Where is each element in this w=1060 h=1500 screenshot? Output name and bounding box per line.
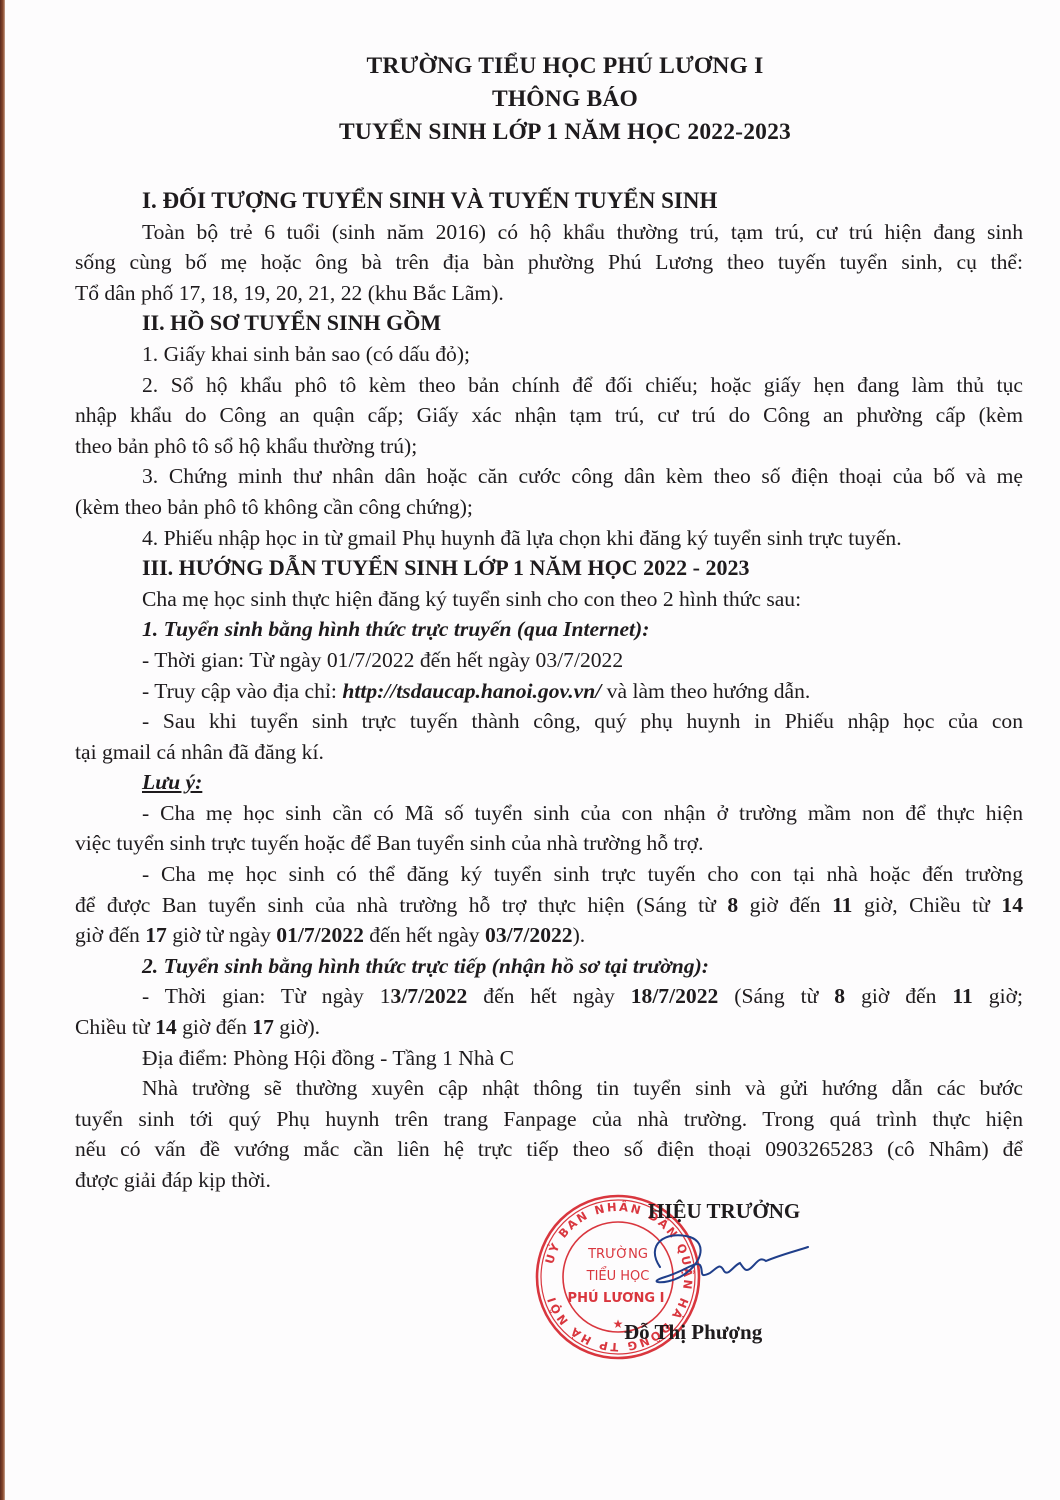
section-2-heading: II. HỒ SƠ TUYỂN SINH GỒM — [75, 308, 1023, 339]
method-1-title: 1. Tuyển sinh bằng hình thức trực truyến… — [75, 614, 1023, 645]
document-body: I. ĐỐI TƯỢNG TUYỂN SINH VÀ TUYẾN TUYỂN S… — [75, 186, 1023, 1196]
signer-name: Đỗ Thị Phượng — [624, 1320, 762, 1345]
section-1-line: Toàn bộ trẻ 6 tuổi (sinh năm 2016) có hộ… — [75, 217, 1023, 248]
method-1-after-cont: tại gmail cá nhân đã đăng kí. — [75, 737, 1023, 768]
svg-text:★: ★ — [613, 1317, 624, 1331]
document-type: THÔNG BÁO — [0, 83, 1060, 116]
document-item-2-cont: nhập khẩu do Công an quận cấp; Giấy xác … — [75, 400, 1023, 431]
method-1-time: - Thời gian: Từ ngày 01/7/2022 đến hết n… — [75, 645, 1023, 676]
document-item-4: 4. Phiếu nhập học in từ gmail Phụ huynh … — [75, 523, 1023, 554]
document-item-2: 2. Sổ hộ khẩu phô tô kèm theo bản chính … — [75, 370, 1023, 401]
closing-line: tuyển sinh tới quý Phụ huynh trên trang … — [75, 1104, 1023, 1135]
method-2-time: - Thời gian: Từ ngày 13/7/2022 đến hết n… — [75, 981, 1023, 1012]
section-3-intro: Cha mẹ học sinh thực hiện đăng ký tuyển … — [75, 584, 1023, 615]
document-item-3: 3. Chứng minh thư nhân dân hoặc căn cước… — [75, 461, 1023, 492]
document-item-2-cont: theo bản phô tô sổ hộ khẩu thường trú); — [75, 431, 1023, 462]
document-item-1: 1. Giấy khai sinh bản sao (có dấu đỏ); — [75, 339, 1023, 370]
handwritten-signature-icon — [640, 1225, 810, 1295]
closing-line: được giải đáp kịp thời. — [75, 1165, 1023, 1196]
note-p1-cont: việc tuyển sinh trực tuyến hoặc để Ban t… — [75, 828, 1023, 859]
method-2-title: 2. Tuyển sinh bằng hình thức trực tiếp (… — [75, 951, 1023, 982]
method-2-location: Địa điểm: Phòng Hội đồng - Tầng 1 Nhà C — [75, 1043, 1023, 1074]
note-p2-cont: giờ đến 17 giờ từ ngày 01/7/2022 đến hết… — [75, 920, 1023, 951]
note-p1: - Cha mẹ học sinh cần có Mã số tuyển sin… — [75, 798, 1023, 829]
note-p2: - Cha mẹ học sinh có thể đăng ký tuyển s… — [75, 859, 1023, 890]
access-prefix: - Truy cập vào địa chỉ: — [142, 679, 342, 703]
access-suffix: và làm theo hướng dẫn. — [601, 679, 810, 703]
svg-text:TRƯỜNG: TRƯỜNG — [587, 1246, 648, 1262]
closing-line: Nhà trường sẽ thường xuyên cập nhật thôn… — [75, 1073, 1023, 1104]
document-header: TRƯỜNG TIỂU HỌC PHÚ LƯƠNG I THÔNG BÁO TU… — [0, 50, 1060, 149]
note-label: Lưu ý: — [75, 767, 1023, 798]
method-1-access: - Truy cập vào địa chỉ: http://tsdaucap.… — [75, 676, 1023, 707]
school-name: TRƯỜNG TIỂU HỌC PHÚ LƯƠNG I — [0, 50, 1060, 83]
note-p2-cont: để được Ban tuyển sinh của nhà trường hỗ… — [75, 890, 1023, 921]
signer-title: HIỆU TRƯỞNG — [648, 1199, 800, 1224]
section-3-heading: III. HƯỚNG DẪN TUYỂN SINH LỚP 1 NĂM HỌC … — [75, 553, 1023, 584]
method-2-time-cont: Chiều từ 14 giờ đến 17 giờ). — [75, 1012, 1023, 1043]
registration-url-link[interactable]: http://tsdaucap.hanoi.gov.vn/ — [342, 679, 601, 703]
method-1-after: - Sau khi tuyển sinh trực tuyến thành cô… — [75, 706, 1023, 737]
document-item-3-cont: (kèm theo bản phô tô không cần công chứn… — [75, 492, 1023, 523]
section-1-heading: I. ĐỐI TƯỢNG TUYỂN SINH VÀ TUYẾN TUYỂN S… — [75, 186, 1023, 217]
section-1-line: sống cùng bố mẹ hoặc ông bà trên địa bàn… — [75, 247, 1023, 278]
closing-line: nếu có vấn đề vướng mắc cần liên hệ trực… — [75, 1134, 1023, 1165]
section-1-line: Tổ dân phố 17, 18, 19, 20, 21, 22 (khu B… — [75, 278, 1023, 309]
document-subject: TUYỂN SINH LỚP 1 NĂM HỌC 2022-2023 — [0, 116, 1060, 149]
scan-edge — [0, 0, 5, 1500]
